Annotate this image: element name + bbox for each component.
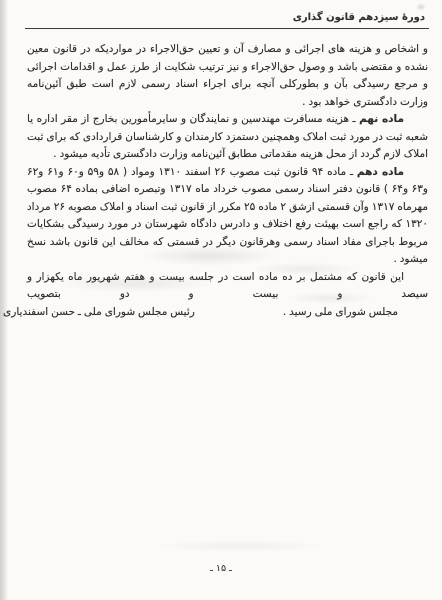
- article-10-text: ـ ماده ۹۴ قانون ثبت مصوب ۲۶ اسفند ۱۳۱۰ و…: [27, 166, 428, 266]
- document-page: دورهٔ سیزدهم قانون گذاری و اشخاص و هزینه…: [0, 0, 442, 600]
- paragraph-continuation-text: و اشخاص و هزینه های اجرائی و مصارف آن و …: [27, 43, 428, 108]
- scan-edge-shadow: [0, 0, 8, 600]
- paragraph-continuation: و اشخاص و هزینه های اجرائی و مصارف آن و …: [27, 41, 428, 111]
- page-header: دورهٔ سیزدهم قانون گذاری: [25, 12, 429, 29]
- paragraph-closing-text: این قانون که مشتمل بر ده ماده است در جلس…: [27, 271, 428, 301]
- article-10-label: ماده دهم: [357, 166, 404, 178]
- paragraph-closing: این قانون که مشتمل بر ده ماده است در جلس…: [27, 269, 428, 304]
- speaker-signature: رئیس مجلس شورای ملی ـ حسن اسفندیاری: [3, 304, 195, 322]
- document-body: و اشخاص و هزینه های اجرائی و مصارف آن و …: [27, 41, 428, 321]
- header-title: دورهٔ سیزدهم قانون گذاری: [293, 12, 425, 23]
- closing-continuation-text: مجلس شورای ملی رسید .: [283, 304, 398, 322]
- page-number: ـ ۱۵ ـ: [0, 563, 442, 574]
- scan-smudge: [150, 540, 330, 552]
- signature-line: مجلس شورای ملی رسید . رئیس مجلس شورای مل…: [27, 304, 428, 322]
- scan-speck: [416, 3, 426, 11]
- article-9-label: ماده نهم: [359, 113, 404, 125]
- paragraph-article-10: ماده دهم ـ ماده ۹۴ قانون ثبت مصوب ۲۶ اسف…: [27, 164, 428, 269]
- paragraph-article-9: ماده نهم ـ هزینه مسافرت مهندسین و نمایند…: [27, 111, 428, 164]
